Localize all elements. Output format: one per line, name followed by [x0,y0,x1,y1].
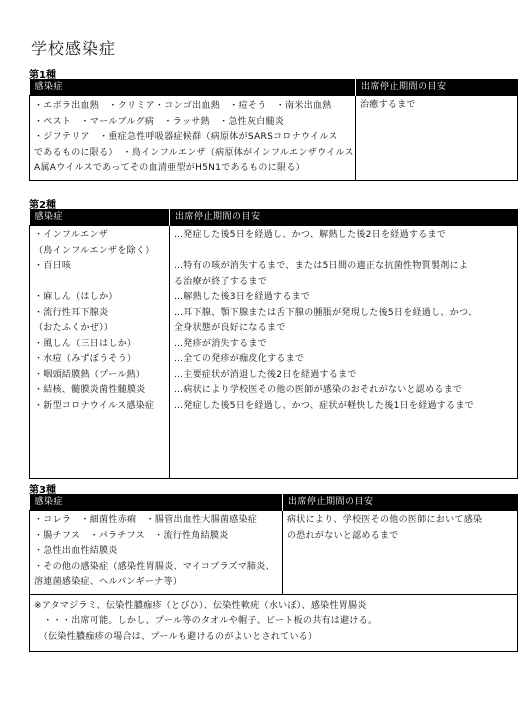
period-line: …発症した後5日を経過し、かつ、症状が軽快した後1日を経過するまで [174,399,517,415]
period-line: 病状により、学校医その他の医師において感染 [287,513,517,529]
period-line: の恐れがないと認めるまで [287,529,517,545]
period-line: …発症した後5日を経過し、かつ、解熱した後2日を経過するまで [174,228,517,244]
disease-line: ・新型コロナウイルス感染症 [34,399,169,415]
disease-line: ・インフルエンザ [34,228,169,244]
disease-cell: ・コレラ ・細菌性赤痢 ・腸管出血性大腸菌感染症 ・腸チフス ・パラチフス ・流… [30,511,283,595]
disease-line: ・麻しん（はしか） [34,290,169,306]
disease-line: ・腸チフス ・パラチフス ・流行性角結膜炎 [34,529,282,545]
disease-line: ・エボラ出血熱 ・クリミア・コンゴ出血熱 ・痘そう ・南米出血熱 [34,99,355,115]
period-line: 全身状態が良好になるまで [174,321,517,337]
table-row: ・エボラ出血熱 ・クリミア・コンゴ出血熱 ・痘そう ・南米出血熱 ・ペスト ・マ… [30,96,518,181]
note-line: （伝染性膿痂疹の場合は、プールも避けるのがよいとされている） [34,630,517,646]
note-row: ※アタマジラミ、伝染性膿痂疹（とびひ）、伝染性軟疣（水いぼ）、感染性胃腸炎 ・・… [30,594,518,652]
header-disease: 感染症 [30,79,356,96]
period-cell: 病状により、学校医その他の医師において感染 の恐れがないと認めるまで [283,511,518,595]
disease-line: ・流行性耳下腺炎 [34,306,169,322]
period-line: …主要症状が消退した後2日を経過するまで [174,368,517,384]
disease-line: A属Aウイルスであってその血清亜型がH5N1であるものに限る） [34,161,355,177]
disease-line: （おたふくかぜ）） [34,321,169,337]
disease-line: ・咽頭結膜熱（プール熱） [34,368,169,384]
note-cell: ※アタマジラミ、伝染性膿痂疹（とびひ）、伝染性軟疣（水いぼ）、感染性胃腸炎 ・・… [30,594,518,652]
table-row: ・インフルエンザ （鳥インフルエンザを除く） ・百日咳 ・麻しん（はしか） ・流… [30,226,518,479]
period-cell: 治癒するまで [356,96,518,181]
disease-cell: ・エボラ出血熱 ・クリミア・コンゴ出血熱 ・痘そう ・南米出血熱 ・ペスト ・マ… [30,96,356,181]
disease-line: ・水痘（みずぼうそう） [34,352,169,368]
period-line: る治療が終了するまで [174,275,517,291]
table-row: ・コレラ ・細菌性赤痢 ・腸管出血性大腸菌感染症 ・腸チフス ・パラチフス ・流… [30,511,518,595]
disease-line: ・百日咳 [34,259,169,275]
period-line: …解熱した後3日を経過するまで [174,290,517,306]
note-line: ※アタマジラミ、伝染性膿痂疹（とびひ）、伝染性軟疣（水いぼ）、感染性胃腸炎 [34,599,517,615]
disease-line: ・ジフテリア ・重症急性呼吸器症候群（病原体がSARSコロナウイルス [34,130,355,146]
table-type2: 感染症 出席停止期間の目安 ・インフルエンザ （鳥インフルエンザを除く） ・百日… [29,209,518,479]
header-disease: 感染症 [30,494,283,511]
table-type1: 感染症 出席停止期間の目安 ・エボラ出血熱 ・クリミア・コンゴ出血熱 ・痘そう … [29,79,518,181]
period-line: …耳下腺、顎下腺または舌下腺の腫脹が発現した後5日を経過し、かつ、 [174,306,517,322]
header-period: 出席停止期間の目安 [356,79,518,96]
disease-line: ・急性出血性結膜炎 [34,544,282,560]
table-type3: 感染症 出席停止期間の目安 ・コレラ ・細菌性赤痢 ・腸管出血性大腸菌感染症 ・… [29,494,518,652]
period-line: …全ての発疹が痂皮化するまで [174,352,517,368]
header-period: 出席停止期間の目安 [283,494,518,511]
period-line: …病状により学校医その他の医師が感染のおそれがないと認めるまで [174,383,517,399]
header-period: 出席停止期間の目安 [170,209,518,226]
disease-line: （鳥インフルエンザを除く） [34,244,169,260]
disease-line: ・コレラ ・細菌性赤痢 ・腸管出血性大腸菌感染症 [34,513,282,529]
disease-line: ・結核、髄膜炎菌性髄膜炎 [34,383,169,399]
disease-line: ・その他の感染症（感染性胃腸炎、マイコプラズマ肺炎、 [34,560,282,576]
header-disease: 感染症 [30,209,170,226]
page-title: 学校感染症 [31,36,116,59]
period-line: …特有の咳が消失するまで、または5日間の適正な抗菌性物質製剤によ [174,259,517,275]
period-line: …発疹が消失するまで [174,337,517,353]
disease-line: ・風しん（三日はしか） [34,337,169,353]
note-line: ・・・出席可能。しかし、プール等のタオルや帽子、ビート板の共有は避ける。 [34,614,517,630]
disease-line: であるものに限る） ・鳥インフルエンザ（病原体がインフルエンザウイルス [34,146,355,162]
period-cell: …発症した後5日を経過し、かつ、解熱した後2日を経過するまで …特有の咳が消失す… [170,226,518,479]
disease-line: 溶連菌感染症、ヘルパンギーナ等） [34,575,282,591]
disease-cell: ・インフルエンザ （鳥インフルエンザを除く） ・百日咳 ・麻しん（はしか） ・流… [30,226,170,479]
disease-line: ・ペスト ・マールブルグ病 ・ラッサ熱 ・急性灰白髄炎 [34,115,355,131]
